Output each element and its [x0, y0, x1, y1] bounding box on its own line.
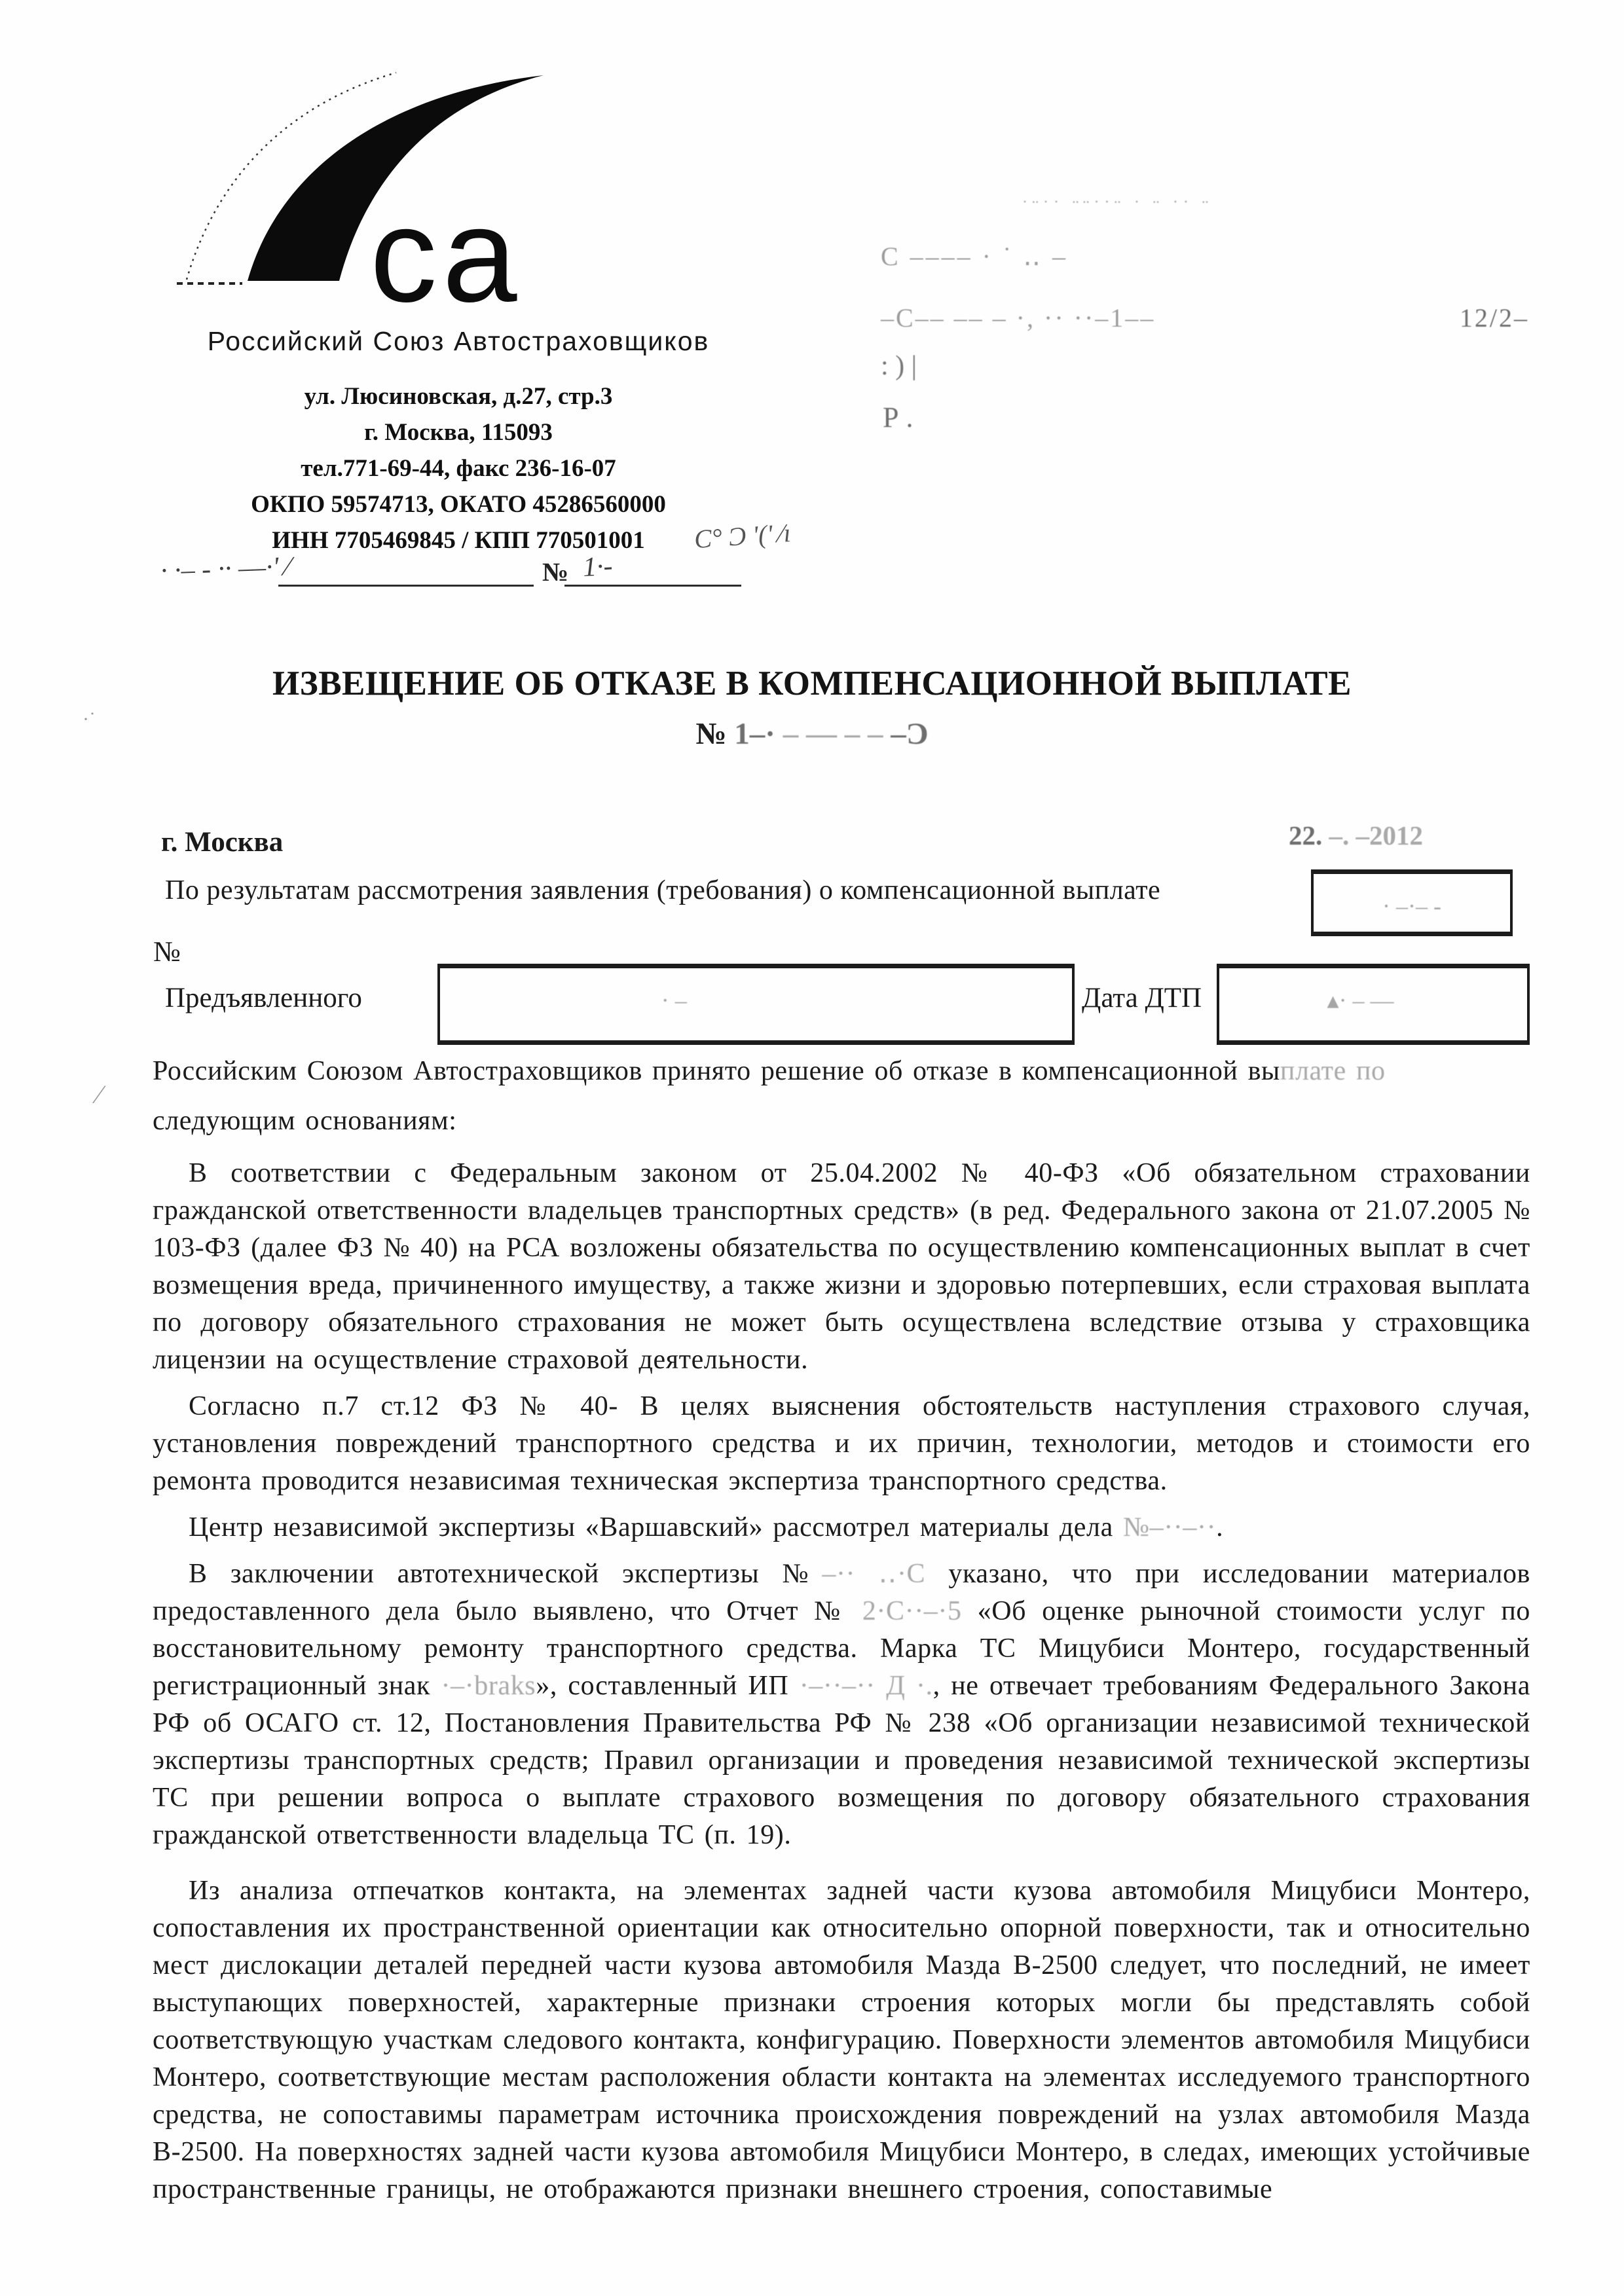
accident-date-box: ▴· – –– — [1217, 964, 1530, 1045]
paragraph-expertise-rule: Согласно п.7 ст.12 ФЗ № 40- В целях выяс… — [153, 1388, 1530, 1500]
address-line: тел.771-69-44, факс 236-16-07 — [183, 450, 733, 486]
erased-segment: №–··–·· — [1123, 1512, 1216, 1542]
erased-number-fragment: 1–· — [734, 717, 775, 751]
document-date: 22. –. –2012 — [1289, 820, 1423, 851]
claim-number-box: · –·– ‐ — [1311, 869, 1513, 936]
rsa-logo: са — [177, 62, 557, 288]
claim-number-sign: № — [153, 935, 181, 968]
decision-text-erased: плате по — [1280, 1056, 1386, 1086]
paragraph-law-basis: В соответствии с Федеральным законом от … — [153, 1155, 1530, 1379]
text-segment: В заключении автотехнической экспертизы … — [189, 1559, 822, 1589]
presented-label: Предъявленного — [165, 982, 362, 1014]
handwriting-fragment: · ·– ‐ ·· ––·ʹ ⁄ — [160, 551, 291, 587]
scanned-document-page: са Российский Союз Автостраховщиков ул. … — [0, 0, 1624, 2296]
erased-number-fragment: – — – – — [783, 717, 883, 751]
erased-fragment: –С–– –– – ·, ·· ··–1–– — [881, 303, 1155, 333]
erased-fragment: · – — [661, 987, 687, 1014]
erased-number-fragment: –Ɔ — [891, 717, 928, 751]
erased-fragment: ▴· – –– — [1327, 987, 1394, 1014]
presented-value-box: · – — [437, 964, 1075, 1045]
address-line: г. Москва, 115093 — [183, 414, 733, 450]
erased-fragment: –С–– –– – ·, ·· ··–1–– 12/2– — [881, 302, 1529, 333]
erased-fragment: С –––– · ˙ ‥ – — [881, 241, 1068, 272]
decision-line: Российским Союзом Автостраховщиков приня… — [153, 1046, 1530, 1096]
erased-segment: –·· ‥·С — [822, 1559, 925, 1589]
document-body: Российским Союзом Автостраховщиков приня… — [153, 1046, 1530, 2208]
date-fragment: –. –2012 — [1329, 820, 1424, 850]
erased-fragment: · –·– ‐ — [1382, 892, 1441, 920]
paragraph-expertise-conclusion: В заключении автотехнической экспертизы … — [153, 1556, 1530, 1854]
document-title: ИЗВЕЩЕНИЕ ОБ ОТКАЗЕ В КОМПЕНСАЦИОННОЙ ВЫ… — [0, 664, 1624, 703]
date-fragment: 22. — [1289, 820, 1322, 850]
city-label: г. Москва — [161, 826, 283, 858]
erased-segment: ·–··–·· Д ·. — [800, 1671, 933, 1701]
erased-segment: 2·С··–·5 — [862, 1596, 962, 1626]
address-line: ул. Люсиновская, д.27, стр.3 — [183, 378, 733, 414]
paragraph-contact-analysis: Из анализа отпечатков контакта, на элеме… — [153, 1872, 1530, 2208]
intro-line: По результатам рассмотрения заявления (т… — [165, 875, 1304, 906]
handwriting-fragment: С° Ɔ ʹ(ʹ ⁄ı — [693, 517, 792, 555]
erased-fragment: 12/2– — [1460, 302, 1529, 333]
number-underline — [564, 585, 741, 587]
handwriting-fragment: 1·‐ — [582, 551, 614, 583]
paragraph-expertise-center: Центр независимой экспертизы «Варшавский… — [153, 1509, 1530, 1546]
ref-date-line: · ·– ‐ ·· ––·ʹ ⁄ № 1·‐ С° Ɔ ʹ(ʹ ⁄ı — [151, 517, 969, 602]
accident-date-label: Дата ДТП — [1082, 982, 1202, 1014]
rsa-logo-letters: са — [370, 190, 523, 321]
grounds-line: следующим основаниям: — [153, 1096, 1530, 1146]
erased-segment: ·–·braks — [441, 1671, 536, 1701]
text-segment: Центр независимой экспертизы «Варшавский… — [189, 1512, 1123, 1542]
decision-text: Российским Союзом Автостраховщиков приня… — [153, 1056, 1280, 1086]
number-sign: № — [695, 717, 726, 751]
scan-speck: ⁄ — [97, 1079, 101, 1110]
text-segment: . — [1216, 1512, 1223, 1542]
erased-fragment: Р . — [883, 401, 913, 434]
erased-fragment: : ) | — [881, 350, 917, 382]
erased-fragment: ˙¨˙˙ ¨¨˙˙¨ ˙ ¨ ˙˙ ¨ — [1022, 196, 1212, 219]
ref-number-sign: № — [542, 556, 568, 587]
text-segment: », составленный ИП — [536, 1671, 799, 1701]
date-underline — [278, 585, 534, 587]
scan-speck: ·˙ — [83, 708, 96, 731]
document-number-line: № 1–· – — – – –Ɔ — [0, 716, 1624, 752]
organization-name: Российский Союз Автостраховщиков — [183, 326, 733, 357]
